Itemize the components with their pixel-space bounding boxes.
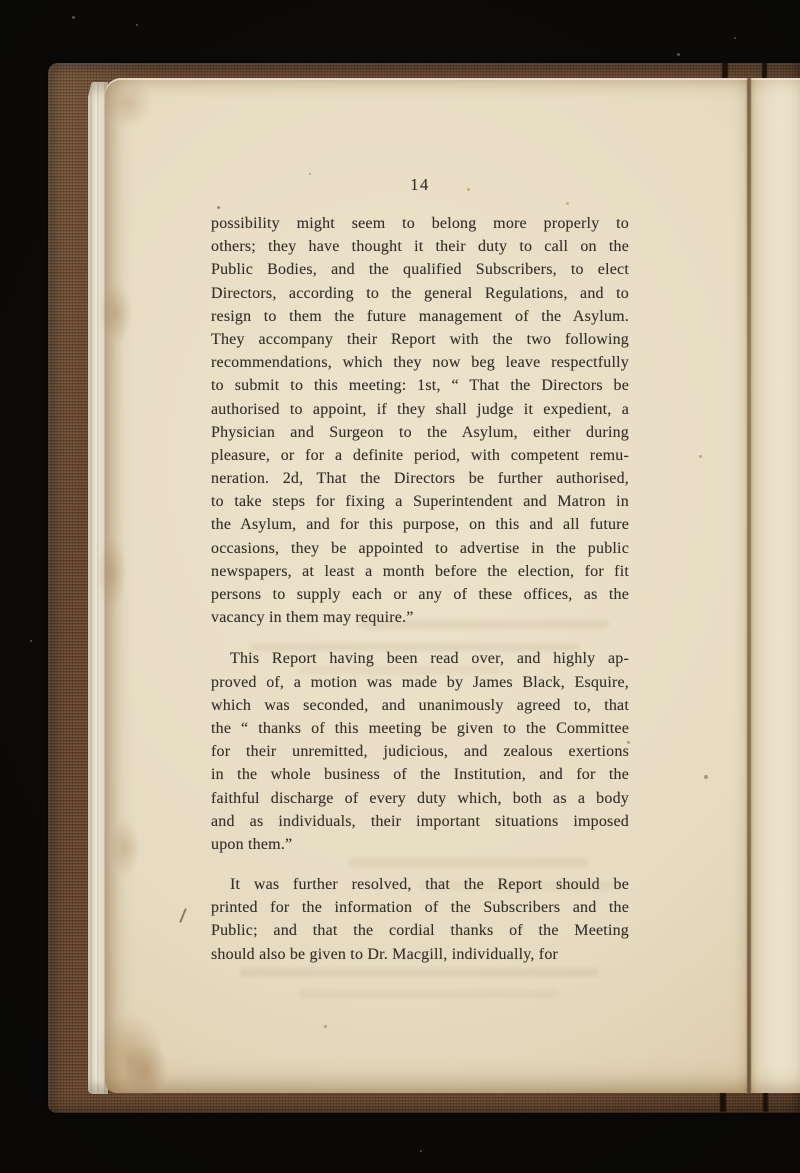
text-line: to take steps for fixing a Superintenden… bbox=[211, 490, 629, 513]
hinge-groove bbox=[763, 1092, 768, 1112]
text-line: which was seconded, and unanimously agre… bbox=[211, 694, 629, 717]
text-line: Public Bodies, and the qualified Subscri… bbox=[211, 258, 629, 281]
text-line: printed for the information of the Subsc… bbox=[211, 896, 629, 919]
text-line: Directors, according to the general Regu… bbox=[211, 282, 629, 305]
text-line: in the whole business of the Institution… bbox=[211, 763, 629, 786]
text-line: the “ thanks of this meeting be given to… bbox=[211, 717, 629, 740]
text-line: This Report having been read over, and h… bbox=[211, 647, 629, 670]
dust-speck bbox=[30, 640, 32, 642]
text-line: should also be given to Dr. Macgill, ind… bbox=[211, 943, 629, 966]
show-through bbox=[239, 968, 599, 977]
paragraphs: possibility might seem to belong more pr… bbox=[211, 212, 629, 966]
paper-speck bbox=[699, 455, 702, 458]
paragraph-1: possibility might seem to belong more pr… bbox=[211, 212, 629, 629]
dust-speck bbox=[72, 16, 75, 19]
text-line: upon them.” bbox=[211, 833, 629, 856]
text-line: Public; and that the cordial thanks of t… bbox=[211, 919, 629, 942]
text-line: recommendations, which they now beg leav… bbox=[211, 351, 629, 374]
text-line: Physician and Surgeon to the Asylum, eit… bbox=[211, 421, 629, 444]
text-line: They accompany their Report with the two… bbox=[211, 328, 629, 351]
text-line: faithful discharge of every duty which, … bbox=[211, 787, 629, 810]
dust-speck bbox=[677, 53, 680, 56]
adjacent-page bbox=[750, 78, 800, 1093]
text-line: and as individuals, their important situ… bbox=[211, 810, 629, 833]
hinge-groove bbox=[720, 1092, 726, 1112]
paper-speck bbox=[704, 775, 708, 779]
text-block: 14 possibility might seem to belong more… bbox=[211, 173, 629, 966]
text-line: proved of, a motion was made by James Bl… bbox=[211, 671, 629, 694]
text-line: It was further resolved, that the Report… bbox=[211, 873, 629, 896]
dust-speck bbox=[734, 37, 736, 39]
foxing-stain bbox=[109, 818, 141, 878]
dust-speck bbox=[136, 24, 138, 26]
text-line: occasions, they be appointed to advertis… bbox=[211, 537, 629, 560]
text-line: persons to supply each or any of these o… bbox=[211, 583, 629, 606]
text-line: authorised to appoint, if they shall jud… bbox=[211, 398, 629, 421]
paragraph-2: This Report having been read over, and h… bbox=[211, 647, 629, 856]
show-through bbox=[299, 990, 559, 998]
text-line: neration. 2d, That the Directors be furt… bbox=[211, 467, 629, 490]
text-line: possibility might seem to belong more pr… bbox=[211, 212, 629, 235]
foxing-stain bbox=[103, 78, 153, 128]
foxing-stain bbox=[99, 283, 133, 343]
text-line: newspapers, at least a month before the … bbox=[211, 560, 629, 583]
paragraph-3: It was further resolved, that the Report… bbox=[211, 873, 629, 966]
text-line: others; they have thought it their duty … bbox=[211, 235, 629, 258]
foxing-stain bbox=[123, 1043, 169, 1098]
text-line: to submit to this meeting: 1st, “ That t… bbox=[211, 374, 629, 397]
text-line: for their unremitted, judicious, and zea… bbox=[211, 740, 629, 763]
book-page: 14 possibility might seem to belong more… bbox=[105, 78, 750, 1093]
page-number: 14 bbox=[211, 173, 629, 196]
text-line: resign to them the future management of … bbox=[211, 305, 629, 328]
dust-speck bbox=[420, 1150, 422, 1152]
text-line: pleasure, or for a definite period, with… bbox=[211, 444, 629, 467]
hinge-groove bbox=[762, 60, 767, 80]
page-gutter-crease bbox=[747, 78, 751, 1093]
photograph-scene: 14 possibility might seem to belong more… bbox=[0, 0, 800, 1173]
text-line: the Asylum, and for this purpose, on thi… bbox=[211, 513, 629, 536]
paper-speck bbox=[324, 1025, 327, 1028]
text-line: vacancy in them may require.” bbox=[211, 606, 629, 629]
hinge-groove bbox=[722, 60, 728, 80]
margin-mark bbox=[179, 908, 186, 923]
